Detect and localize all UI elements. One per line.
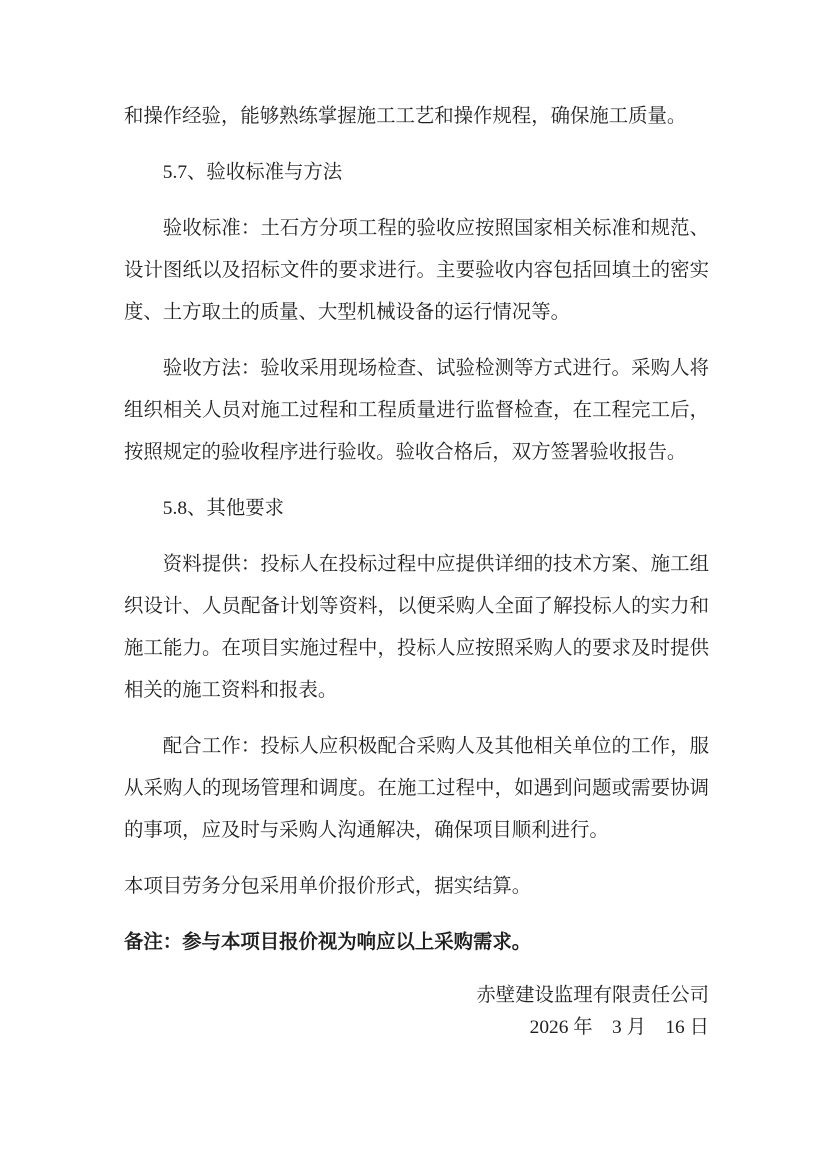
paragraph-material-provision: 资料提供：投标人在投标过程中应提供详细的技术方案、施工组织设计、人员配备计划等资… <box>124 544 709 712</box>
paragraph-acceptance-method: 验收方法：验收采用现场检查、试验检测等方式进行。采购人将组织相关人员对施工过程和… <box>124 348 709 474</box>
paragraph-pricing-form: 本项目劳务分包采用单价报价形式，据实结算。 <box>124 866 709 908</box>
paragraph-remark-bold: 备注：参与本项目报价视为响应以上采购需求。 <box>124 922 709 964</box>
document-page: 和操作经验，能够熟练掌握施工工艺和操作规程，确保施工质量。 5.7、验收标准与方… <box>0 0 826 1169</box>
signature-block: 赤壁建设监理有限责任公司 2026 年 3 月 16 日 <box>124 980 709 1044</box>
signature-company-name: 赤壁建设监理有限责任公司 <box>124 980 709 1012</box>
paragraph-acceptance-standard: 验收标准：土石方分项工程的验收应按照国家相关标准和规范、设计图纸以及招标文件的要… <box>124 208 709 334</box>
paragraph-continuation: 和操作经验，能够熟练掌握施工工艺和操作规程，确保施工质量。 <box>124 96 709 138</box>
signature-date: 2026 年 3 月 16 日 <box>124 1012 709 1044</box>
section-heading-5-7: 5.7、验收标准与方法 <box>124 152 709 194</box>
section-heading-5-8: 5.8、其他要求 <box>124 488 709 530</box>
paragraph-cooperation: 配合工作：投标人应积极配合采购人及其他相关单位的工作，服从采购人的现场管理和调度… <box>124 726 709 852</box>
